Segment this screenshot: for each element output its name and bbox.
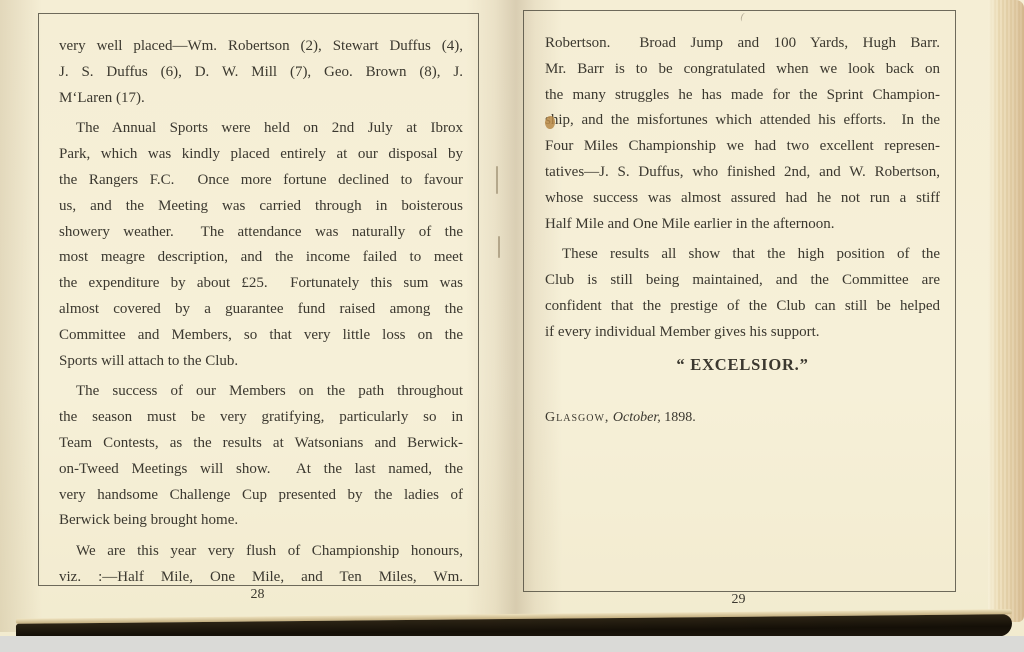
left-page-number: 28 (38, 587, 477, 603)
gutter-crease-mark (498, 236, 500, 258)
dateline-year: 1898. (664, 410, 696, 425)
paper-stain (545, 116, 555, 129)
text-line: showery weather. The attendance was natu… (59, 220, 463, 246)
text-line: Berwick being brought home. (59, 508, 463, 534)
text-line: most meagre description, and the income … (59, 245, 463, 271)
text-line: Half Mile and One Mile earlier in the af… (545, 212, 940, 238)
right-page-number: 29 (523, 592, 954, 608)
text-line: Park, which was kindly placed entirely a… (59, 142, 463, 168)
left-page-edge-shade (0, 0, 42, 632)
paragraph: very well placed—Wm. Robertson (2), Stew… (59, 34, 463, 111)
text-line: on-Tweed Meetings will show. At the last… (59, 457, 463, 483)
paragraph: We are this year very flush of Champions… (59, 539, 463, 591)
text-line: We are this year very flush of Champions… (59, 539, 463, 565)
left-page-text: very well placed—Wm. Robertson (2), Stew… (59, 14, 463, 591)
dateline-place: Glasgow, (545, 410, 609, 425)
scanned-book-spread: very well placed—Wm. Robertson (2), Stew… (0, 0, 1024, 652)
text-line: very handsome Challenge Cup presented by… (59, 483, 463, 509)
page-fore-edge (988, 0, 1024, 622)
paragraph: Robertson. Broad Jump and 100 Yards, Hug… (545, 31, 940, 237)
scanner-background (0, 636, 1024, 652)
text-line: very well placed—Wm. Robertson (2), Stew… (59, 34, 463, 60)
text-line: the expenditure by about £25. Fortunatel… (59, 271, 463, 297)
paragraph: These results all show that the high pos… (545, 242, 940, 345)
text-line: the season must be very gratifying, part… (59, 405, 463, 431)
excelsior-heading: “ EXCELSIOR.” (545, 352, 940, 378)
text-line: J. S. Duffus (6), D. W. Mill (7), Geo. B… (59, 60, 463, 86)
text-line: almost covered by a guarantee fund raise… (59, 297, 463, 323)
left-page-frame: very well placed—Wm. Robertson (2), Stew… (38, 13, 479, 586)
text-line: if every individual Member gives his sup… (545, 320, 940, 346)
text-line: us, and the Meeting was carried through … (59, 194, 463, 220)
dateline-month: October, (613, 410, 661, 425)
text-line: tatives—J. S. Duffus, who finished 2nd, … (545, 160, 940, 186)
text-line: whose success was almost assured had he … (545, 186, 940, 212)
right-page-text: Robertson. Broad Jump and 100 Yards, Hug… (545, 11, 940, 431)
text-line: the Rangers F.C. Once more fortune decli… (59, 168, 463, 194)
dateline: Glasgow, October, 1898. (545, 405, 940, 431)
text-line: Club is still being maintained, and the … (545, 268, 940, 294)
text-line: Sports will attach to the Club. (59, 349, 463, 375)
right-page-frame: Robertson. Broad Jump and 100 Yards, Hug… (523, 10, 956, 592)
text-line: The Annual Sports were held on 2nd July … (59, 116, 463, 142)
text-line: These results all show that the high pos… (545, 242, 940, 268)
paragraph: The Annual Sports were held on 2nd July … (59, 116, 463, 374)
paragraph: The success of our Members on the path t… (59, 379, 463, 534)
text-line: The success of our Members on the path t… (59, 379, 463, 405)
text-line: Mr. Barr is to be congratulated when we … (545, 57, 940, 83)
text-line: the many struggles he has made for the S… (545, 83, 940, 109)
gutter-crease-mark (496, 166, 498, 194)
text-line: Team Contests, as the results at Watsoni… (59, 431, 463, 457)
text-line: Committee and Members, so that very litt… (59, 323, 463, 349)
text-line: Robertson. Broad Jump and 100 Yards, Hug… (545, 31, 940, 57)
text-line: Four Miles Championship we had two excel… (545, 134, 940, 160)
text-line: confident that the prestige of the Club … (545, 294, 940, 320)
text-line: M‘Laren (17). (59, 86, 463, 112)
text-line: ship, and the misfortunes which attended… (545, 108, 940, 134)
